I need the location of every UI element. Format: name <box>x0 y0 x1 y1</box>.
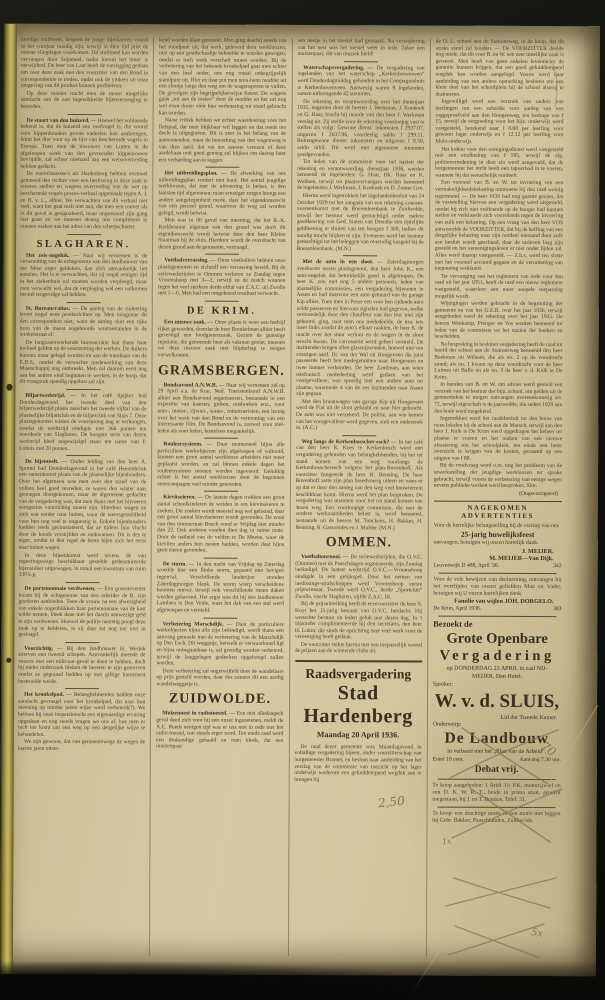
paragraph-lead: Rouleersysteem. <box>163 442 206 448</box>
pencil-annotation: 2,50 <box>377 794 405 811</box>
ad-anniversary-title: 25-jarig huwelijksfeest <box>434 530 562 539</box>
divider-rule <box>67 114 101 115</box>
article-paragraph: Muizennest in radiotoestel. — Een niet a… <box>156 711 283 751</box>
article-paragraph: De rekening en verantwoording over het d… <box>297 99 425 159</box>
article-paragraph: Bij de rondvraag werd o.m. nog het probl… <box>434 463 562 490</box>
article-paragraph: Een voorstel van B. en W. tot invoering … <box>435 180 564 273</box>
pencil-annotation: 1x <box>442 837 452 847</box>
newspaper-scan-photo: noodige stuifmeel, hetgeen de jonge bije… <box>0 0 605 1000</box>
divider-rule <box>66 389 100 390</box>
display-line-part: 342 <box>553 564 561 570</box>
article-paragraph: De voorzitter reikte hierna met een toep… <box>295 642 422 656</box>
display-line: Entré 10 cent.Aanvang 7.30 uur. <box>433 757 561 764</box>
paragraph-lead: St. Bureaucratius. <box>26 306 73 312</box>
paragraph-lead: Bondsavond A.N.W.B. <box>164 382 219 388</box>
paragraph-lead: Met de auto in een sloot. <box>302 259 377 265</box>
article-paragraph: Bondsavond A.N.W.B. — Naar wij vernemen … <box>157 382 284 435</box>
divider-rule <box>343 256 377 257</box>
article-paragraph: Voor de hartelijke belangstelling bij de… <box>434 522 562 529</box>
article-paragraph: Met den kraanwagen van garage Kip uit Ho… <box>296 399 423 433</box>
display-line-part: Leuvenwijk D 488, April '36. <box>433 563 499 570</box>
article-paragraph: noodige stuifmeel, hetgeen de jonge bije… <box>21 37 148 90</box>
newspaper-column-1: noodige stuifmeel, hetgeen de jonge bije… <box>17 37 154 956</box>
article-paragraph: Ter vervanging van het reglement van ord… <box>435 273 563 300</box>
divider-rule <box>66 455 100 456</box>
article-paragraph: een nestje in het toestel had gemaakt. N… <box>297 38 424 58</box>
section-heading: SLAGHAREN. <box>20 238 147 250</box>
paragraph-lead: Het kronkelpad. <box>24 692 66 698</box>
paragraph-lead: Voorzichtig. <box>24 645 57 651</box>
article-paragraph: De storm. — In den nacht van Vrijdag op … <box>157 561 284 614</box>
divider-rule <box>204 557 238 558</box>
divider-rule <box>203 617 237 618</box>
article-paragraph: Op deze manier tracht men de meest mogel… <box>21 91 148 111</box>
meeting-ad-title: Grote Openbare <box>433 630 561 647</box>
article-paragraph: Ingetrokken werd het raadsbesluit tot de… <box>434 416 562 463</box>
paragraph-lead: Weg langs de Kerkenbosscher-esch? <box>302 439 391 445</box>
paragraph-lead: De portemonnaie verdwenen. <box>25 586 98 592</box>
divider-rule <box>438 572 556 574</box>
divider-rule <box>65 688 99 689</box>
article-paragraph: Te koop aangeboden: 1 Ariël 3½ P.K. moto… <box>432 783 560 804</box>
divider-rule <box>65 642 99 643</box>
article-paragraph: Het uitbreidingsplan. — De afwerking van… <box>158 171 285 218</box>
paragraph-lead: Voetbalverrassing. <box>164 258 210 264</box>
article-paragraph: Rouleersysteem. — Daar momenteel bijna a… <box>157 442 284 489</box>
article-paragraph: Men was in dit geval van meening, dat he… <box>158 218 285 252</box>
article-paragraph: Het kohier voor den reinigingsdienst wer… <box>435 146 563 180</box>
ink-blot <box>6 384 12 391</box>
paragraph-lead: Kievitseieren. <box>163 495 197 501</box>
paragraph-lead: Verbetering Marschdijk. <box>163 621 227 627</box>
article-paragraph: In handen van B. en W. om advies werd ge… <box>434 382 562 416</box>
divider-rule <box>67 234 101 235</box>
display-line-part: Entré 10 cent. <box>433 757 464 764</box>
article-paragraph: Voetbaltournooi. — De seriewedstrijden, … <box>295 554 422 601</box>
article-paragraph: De raad dezer gemeente was Maandagavond … <box>294 744 421 784</box>
article-paragraph: Na bespreking in besloten vergadering he… <box>434 341 562 381</box>
paragraph-lead: Waterschapsvergadering. <box>303 65 367 71</box>
council-report-title: Stad Hardenberg <box>294 682 421 729</box>
display-line: Familie van wijlen JOH. DORGELO. <box>433 598 561 606</box>
article-paragraph: St. Bureaucratius. — De aanleg van de ri… <box>20 306 147 340</box>
display-line: MEIJER, Den Hotel. <box>433 673 561 680</box>
council-report-title: Raadsvergadering <box>295 660 422 682</box>
ink-blot <box>6 658 11 663</box>
display-line: M. MEIJER—Van Dijk. <box>433 555 561 563</box>
divider-rule <box>204 491 238 492</box>
display-line: op DONDERDAG 23 APRIL in zaal NIJ- <box>433 666 561 673</box>
display-line-part: De Krim, April 1936. <box>433 606 481 613</box>
divider-rule <box>205 254 239 255</box>
display-line-part: 383 <box>553 607 561 613</box>
paragraph-lead: De staart van den buizerd. <box>27 117 91 123</box>
article-paragraph: kend worden klaar gemaakt. Men ging daar… <box>159 37 287 117</box>
columns: noodige stuifmeel, hetgeen de jonge bije… <box>17 37 569 957</box>
newspaper-column-3: een nestje in het toestel had gemaakt. N… <box>293 38 430 957</box>
article-paragraph: De marechaussee's uit Hardenberg hebben … <box>20 171 148 231</box>
display-line: Lid der Tweede Kamer. <box>433 714 561 721</box>
divider-rule <box>438 779 556 781</box>
article-paragraph: Voorzichtig. — Bij den landbouwer H. Wer… <box>18 645 145 685</box>
divider-rule <box>344 61 378 62</box>
article-paragraph: Wijzigingen werden gebracht in de begroo… <box>434 301 562 341</box>
display-line: Leuvenwijk D 488, April '36.342 <box>433 563 561 570</box>
newspaper-column-4: de O. L. school aan de Stationsweg, in d… <box>432 39 569 958</box>
divider-rule <box>437 806 555 808</box>
paragraph-lead: Een nieuwe zaak. <box>164 319 208 325</box>
paragraph-lead: Het zeis-ongeluk. <box>26 252 73 258</box>
article-paragraph: Verbetering Marschdijk. — Daar de partic… <box>156 621 283 668</box>
paragraph-lead: De bijenteelt. <box>25 459 62 465</box>
divider-rule <box>205 301 239 302</box>
divider-rule <box>342 435 376 436</box>
paragraph-lead: De storm. <box>163 561 189 567</box>
article-paragraph: Voor de vele bewijzen van deelneming, on… <box>433 576 561 597</box>
paragraph-lead: Voetbaltournooi. <box>301 554 343 560</box>
article-paragraph: Tot leden van de commissie voor het nazi… <box>297 159 424 193</box>
paragraph-lead: Biljartwedstrijd. <box>25 393 70 399</box>
divider-rule <box>66 302 100 303</box>
section-heading: GRAMSBERGEN. <box>158 363 285 380</box>
speaker-name: W. v. d. SLUIS, <box>433 690 561 712</box>
divider-rule <box>65 582 99 583</box>
paragraph-lead: Het uitbreidingsplan. <box>165 171 222 177</box>
article-paragraph: De bijenteelt. — Onder leiding van den h… <box>19 459 147 552</box>
article-paragraph: Het kronkelpad. — Belanghebbenden hadden… <box>18 692 145 739</box>
article-paragraph: Biljartwedstrijd. — In het café Spijker … <box>19 393 147 453</box>
display-line: Onderwerp: <box>433 722 561 729</box>
display-line-part: Aanvang 7.30 uur. <box>519 757 560 764</box>
council-report-date: Maandag 20 April 1936. <box>294 730 421 740</box>
late-ads-heading: NAGEKOMEN ADVERTENTIES <box>434 501 562 521</box>
binding-gutter <box>0 24 17 974</box>
paragraph-lead: Muizennest in radiotoestel. <box>162 711 229 717</box>
newspaper-page: noodige stuifmeel, hetgeen de jonge bije… <box>0 24 600 977</box>
article-paragraph: Deze verbetering zal ongetwijfeld door d… <box>156 668 283 688</box>
article-paragraph: Het zeis-ongeluk. — Naar wij vernemen is… <box>20 252 147 299</box>
article-paragraph: Weg langs de Kerkenbosscher-esch? — In h… <box>295 439 423 532</box>
display-line: De Krim, April 1936.383 <box>433 606 561 613</box>
newspaper-column-2: kend worden klaar gemaakt. Men ging daar… <box>155 37 292 956</box>
article-paragraph: Met de auto in een sloot. — Zaterdagmorg… <box>296 259 424 398</box>
article-paragraph: Hierna werd ingetrokken het ingelandenbe… <box>297 193 425 253</box>
section-heading: ZUIDWOLDE. <box>156 692 283 709</box>
article-paragraph: De staart van den buizerd. — Hoewel het … <box>20 117 147 170</box>
article-paragraph: We zijn gewoon, dat van gemeentewege de … <box>18 739 145 753</box>
meeting-ad-title: Vergadering <box>433 648 561 665</box>
uncorrected-note: (Ongecorrigeerd) <box>434 490 562 497</box>
pencil-annotation: 5x <box>530 927 543 940</box>
article-paragraph: Te koop: een drachtige motte of een mott… <box>432 810 560 824</box>
article-paragraph: De langzaamwerkende bureaucratie laat th… <box>19 340 146 387</box>
article-paragraph: Voetbalverrassing. — Onze voetballers he… <box>158 258 285 298</box>
divider-rule <box>438 616 556 618</box>
display-line: Spreker: <box>433 681 561 688</box>
article-paragraph: Waterschapsvergadering. — De vergadering… <box>297 65 424 99</box>
divider-rule <box>204 438 238 439</box>
meeting-ad-kicker: Bezoekt de <box>433 619 561 629</box>
article-paragraph: De portemonnaie verdwenen. — Een groente… <box>18 586 145 639</box>
section-heading: DE KRIM. <box>158 305 285 317</box>
article-paragraph: ontvangen, betuigen wij onzen hartelijk … <box>433 540 561 547</box>
article-paragraph: Bij de prijsuitreiking heeft de eerevoor… <box>295 601 422 641</box>
article-paragraph: Naast critiek hebben we echter waardeeri… <box>159 118 286 165</box>
article-paragraph: Ingewilligd werd een verzoek van ouders … <box>435 99 563 146</box>
divider-rule <box>205 167 239 168</box>
article-paragraph: Kievitseieren. — De laatste dagen trokke… <box>157 495 285 555</box>
article-paragraph: Een nieuwe zaak. — Onze plaats is weer e… <box>158 319 285 359</box>
article-paragraph: de O. L. school aan de Stationsweg, in d… <box>435 39 563 99</box>
article-paragraph: In deze bijeenkomst werd tevens de van r… <box>19 552 146 579</box>
debate-note: Debat vrij. <box>432 765 560 776</box>
section-heading: OMMEN. <box>295 535 422 552</box>
